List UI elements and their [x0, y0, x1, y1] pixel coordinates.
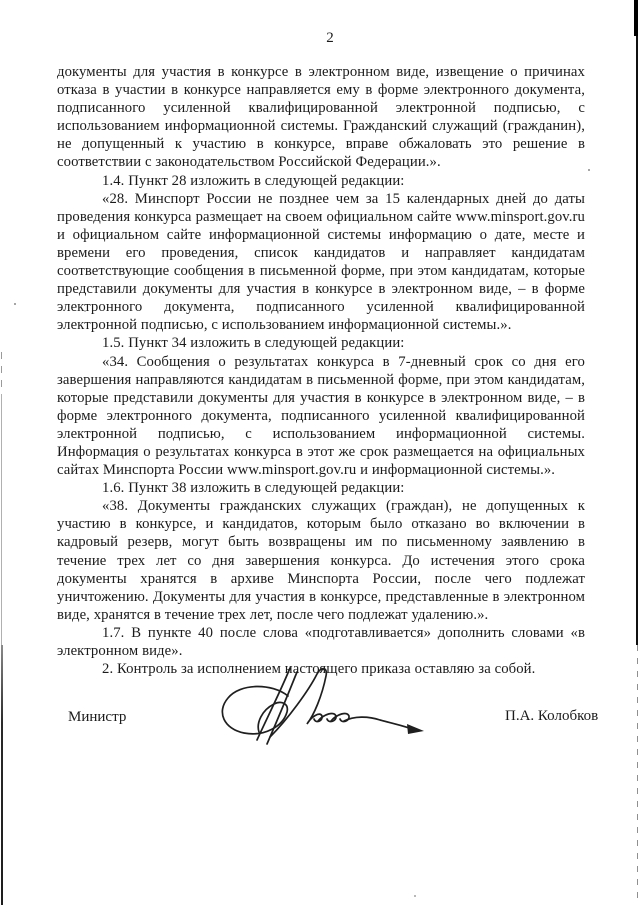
scan-edge-line-left-bottom: [1, 645, 3, 905]
minister-signature-icon: [210, 666, 440, 758]
scan-speck: [414, 895, 416, 897]
signatory-name: П.А. Колобков: [505, 708, 598, 725]
paragraph-item-1-5: 1.5. Пункт 34 изложить в следующей редак…: [57, 334, 585, 352]
document-body: документы для участия в конкурсе в элект…: [57, 63, 585, 678]
paragraph-continuation: документы для участия в конкурсе в элект…: [57, 63, 585, 172]
scan-speck: [84, 310, 86, 312]
paragraph-point-34: «34. Сообщения о результатах конкурса в …: [57, 353, 585, 480]
scan-edge-line-right-bottom: [637, 645, 638, 905]
paragraph-point-28: «28. Минспорт России не позднее чем за 1…: [57, 190, 585, 335]
scan-edge-line-right: [636, 0, 638, 645]
scan-edge-line-left: [1, 394, 2, 645]
scan-edge-line-left-dashes: [1, 352, 2, 394]
scan-speck: [588, 169, 590, 171]
signatory-role: Министр: [68, 709, 126, 726]
scan-speck: [14, 303, 16, 305]
page-number: 2: [0, 30, 640, 47]
paragraph-point-38: «38. Документы гражданских служащих (гра…: [57, 497, 585, 624]
paragraph-item-1-7: 1.7. В пункте 40 после слова «подготавли…: [57, 624, 585, 660]
paragraph-item-1-6: 1.6. Пункт 38 изложить в следующей редак…: [57, 479, 585, 497]
paragraph-item-1-4: 1.4. Пункт 28 изложить в следующей редак…: [57, 172, 585, 190]
